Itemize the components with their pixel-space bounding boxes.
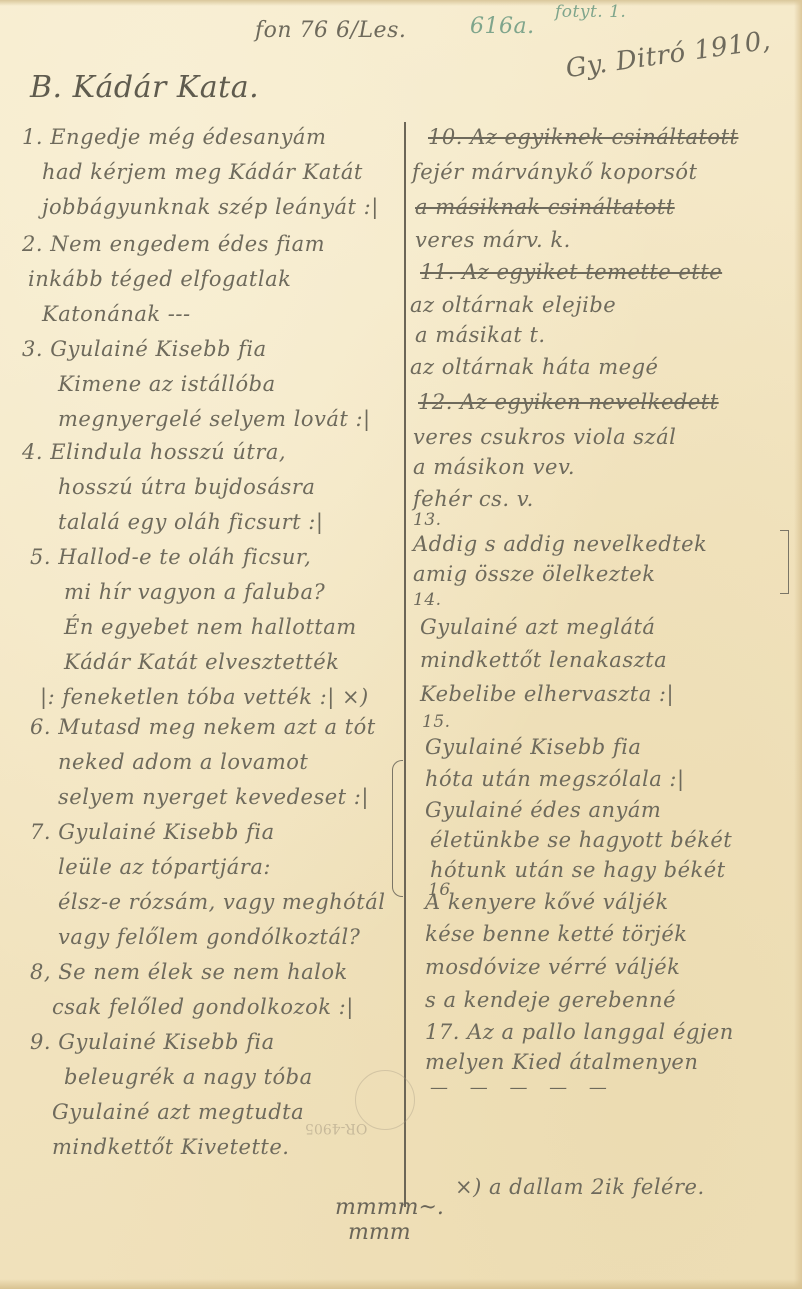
- verse-line: inkább téged elfogatlak: [28, 267, 291, 291]
- verse-line: fejér márványkő koporsót: [412, 160, 698, 184]
- stamp-number: OR-4905: [305, 1120, 367, 1136]
- verse-line: 11. Az egyiket temette ette: [420, 260, 722, 284]
- verse-line: megnyergelé selyem lovát :|: [58, 407, 371, 431]
- verse-line: fehér cs. v.: [413, 487, 534, 511]
- paper-edge-right: [794, 0, 802, 1289]
- verse-line: 5. Hallod-e te oláh ficsur,: [30, 545, 311, 569]
- catalog-number: 616a.: [470, 14, 535, 39]
- verse-line: 4. Elindula hosszú útra,: [22, 440, 286, 464]
- verse-line: 7. Gyulainé Kisebb fia: [30, 820, 275, 844]
- paper-edge-top: [0, 0, 802, 6]
- verse-line: 12. Az egyiken nevelkedett: [418, 390, 719, 414]
- verse-line: Kebelibe elhervaszta :|: [420, 682, 674, 706]
- verse-line: 6. Mutasd meg nekem azt a tót: [30, 715, 376, 739]
- closing-dashes: — — — — —: [430, 1077, 615, 1098]
- verse-line: mindkettőt Kivetette.: [52, 1135, 289, 1159]
- verse-line: Kimene az istállóba: [58, 372, 276, 396]
- verse-line: hosszú útra bujdosásra: [58, 475, 315, 499]
- verse-line: Katonának ---: [42, 302, 191, 326]
- verse-line: hótunk után se hagy békét: [430, 858, 726, 882]
- verse-number: 14.: [413, 590, 442, 610]
- verse-line: az oltárnak elejibe: [410, 293, 616, 317]
- verse-line: leüle az tópartjára:: [58, 855, 271, 879]
- repeat-bracket: [780, 530, 789, 594]
- verse-line: 10. Az egyiknek csináltatott: [428, 125, 738, 149]
- pen-test-scribble: mmmm~.: [335, 1195, 444, 1220]
- verse-line: mi hír vagyon a faluba?: [64, 580, 325, 604]
- paper-edge-bottom: [0, 1279, 802, 1289]
- song-title: B. Kádár Kata.: [30, 70, 259, 105]
- verse-line: Gyulainé azt megtudta: [52, 1100, 304, 1124]
- verse-line: neked adom a lovamot: [58, 750, 308, 774]
- verse-line: Kádár Katát elvesztették: [64, 650, 339, 674]
- verse-line: Addig s addig nevelkedtek: [413, 532, 707, 556]
- footnote: ×) a dallam 2ik felére.: [455, 1175, 705, 1199]
- verse-line: Gyulainé azt meglátá: [420, 615, 655, 639]
- verse-line: mindkettőt lenakaszta: [420, 648, 667, 672]
- verse-line: talalá egy oláh ficsurt :|: [58, 510, 323, 534]
- verse-line: kése benne ketté törjék: [425, 922, 687, 946]
- verse-line: az oltárnak háta megé: [410, 355, 658, 379]
- verse-line: amig össze ölelkeztek: [413, 562, 655, 586]
- verse-line: a másikon vev.: [413, 455, 575, 479]
- manuscript-page: fon 76 6/Les. 616a. fotyt. 1. Gy. Ditró …: [0, 0, 802, 1289]
- pen-test-scribble: mmm: [348, 1220, 411, 1245]
- column-divider: [404, 122, 406, 1207]
- verse-line: veres csukros viola szál: [413, 425, 676, 449]
- verse-line: beleugrék a nagy tóba: [64, 1065, 313, 1089]
- verse-line: 1. Engedje még édesanyám: [22, 125, 326, 149]
- verse-line: életünkbe se hagyott békét: [430, 828, 732, 852]
- verse-line: 8, Se nem élek se nem halok: [30, 960, 348, 984]
- verse-line: Én egyebet nem hallottam: [64, 615, 357, 639]
- verse-line: |: feneketlen tóba vették :| ×): [40, 685, 369, 709]
- verse-line: vagy felőlem gondólkoztál?: [58, 925, 360, 949]
- verse-line: A kenyere kővé váljék: [425, 890, 669, 914]
- verse-line: Gyulainé édes anyám: [425, 798, 661, 822]
- verse-line: Gyulainé Kisebb fia: [425, 735, 641, 759]
- verse-line: a másiknak csináltatott: [415, 195, 675, 219]
- verse-line: s a kendeje gerebenné: [425, 988, 676, 1012]
- verse-line: 3. Gyulainé Kisebb fia: [22, 337, 267, 361]
- repeat-brace: [392, 760, 403, 897]
- verse-line: csak felőled gondolkozok :|: [52, 995, 354, 1019]
- verse-line: 9. Gyulainé Kisebb fia: [30, 1030, 275, 1054]
- verse-number: 15.: [422, 712, 451, 732]
- verse-line: mosdóvize vérré váljék: [425, 955, 680, 979]
- verse-line: 2. Nem engedem édes fiam: [22, 232, 325, 256]
- place-date: Gy. Ditró 1910,: [564, 26, 773, 84]
- verse-line: élsz-e rózsám, vagy meghótál: [58, 890, 385, 914]
- verse-line: jobbágyunknak szép leányát :|: [42, 195, 379, 219]
- verse-line: had kérjem meg Kádár Katát: [42, 160, 363, 184]
- catalog-note: fotyt. 1.: [555, 2, 626, 22]
- verse-line: hóta után megszólala :|: [425, 767, 685, 791]
- verse-line: veres márv. k.: [415, 228, 571, 252]
- verse-line: melyen Kied átalmenyen: [425, 1050, 698, 1074]
- verse-line: selyem nyerget kevedeset :|: [58, 785, 369, 809]
- archive-reference: fon 76 6/Les.: [255, 18, 406, 43]
- verse-line: a másikat t.: [415, 323, 546, 347]
- verse-line: 17. Az a pallo langgal égjen: [425, 1020, 734, 1044]
- verse-number: 13.: [413, 510, 442, 530]
